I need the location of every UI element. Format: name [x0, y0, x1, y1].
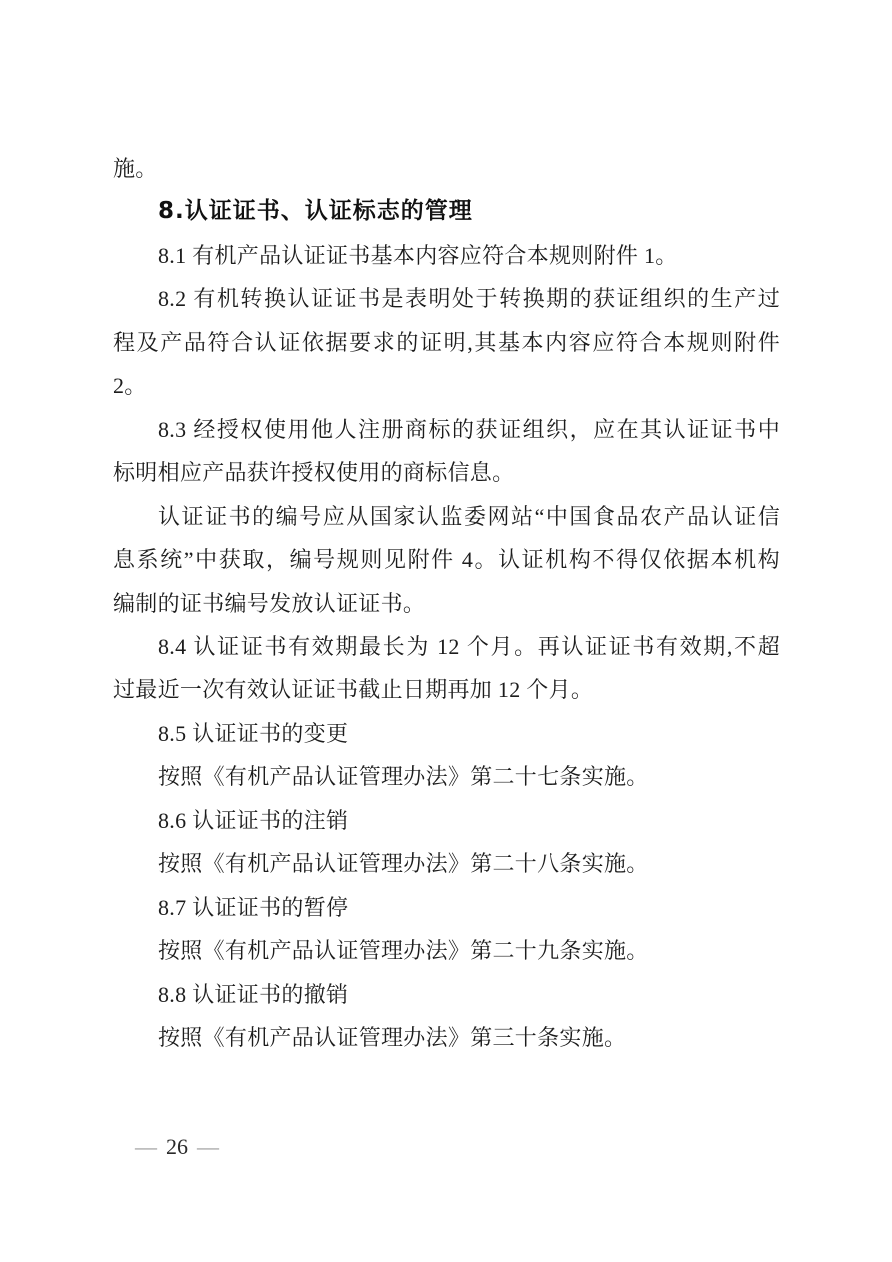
- footer-left-dash: —: [135, 1134, 157, 1160]
- text-line: 标明相应产品获许授权使用的商标信息。: [113, 451, 780, 494]
- page-footer: — 26 —: [135, 1134, 219, 1160]
- text-line: 施。: [113, 147, 780, 190]
- section-heading: 8.认证证书、认证标志的管理: [113, 190, 780, 233]
- text-line: 认证证书的编号应从国家认监委网站“中国食品农产品认证信: [113, 495, 780, 538]
- text-line: 8.6 认证证书的注销: [113, 799, 780, 842]
- text-line: 过最近一次有效认证证书截止日期再加 12 个月。: [113, 668, 780, 711]
- text-line: 8.3 经授权使用他人注册商标的获证组织，应在其认证证书中: [113, 408, 780, 451]
- text-line: 按照《有机产品认证管理办法》第三十条实施。: [113, 1016, 780, 1059]
- footer-right-dash: —: [197, 1134, 219, 1160]
- text-line: 8.5 认证证书的变更: [113, 712, 780, 755]
- text-line: 按照《有机产品认证管理办法》第二十七条实施。: [113, 755, 780, 798]
- text-line: 8.4 认证证书有效期最长为 12 个月。再认证证书有效期,不超: [113, 625, 780, 668]
- text-line: 程及产品符合认证依据要求的证明,其基本内容应符合本规则附件: [113, 321, 780, 364]
- text-line: 8.8 认证证书的撤销: [113, 973, 780, 1016]
- document-body: 施。 8.认证证书、认证标志的管理 8.1 有机产品认证证书基本内容应符合本规则…: [113, 147, 780, 1060]
- text-line: 按照《有机产品认证管理办法》第二十八条实施。: [113, 842, 780, 885]
- text-line: 息系统”中获取，编号规则见附件 4。认证机构不得仅依据本机构: [113, 538, 780, 581]
- text-line: 按照《有机产品认证管理办法》第二十九条实施。: [113, 929, 780, 972]
- text-line: 编制的证书编号发放认证证书。: [113, 582, 780, 625]
- text-line: 8.2 有机转换认证证书是表明处于转换期的获证组织的生产过: [113, 277, 780, 320]
- page-number: 26: [166, 1134, 188, 1160]
- document-page: 施。 8.认证证书、认证标志的管理 8.1 有机产品认证证书基本内容应符合本规则…: [0, 0, 892, 1262]
- text-line: 2。: [113, 364, 780, 407]
- text-line: 8.7 认证证书的暂停: [113, 886, 780, 929]
- text-line: 8.1 有机产品认证证书基本内容应符合本规则附件 1。: [113, 234, 780, 277]
